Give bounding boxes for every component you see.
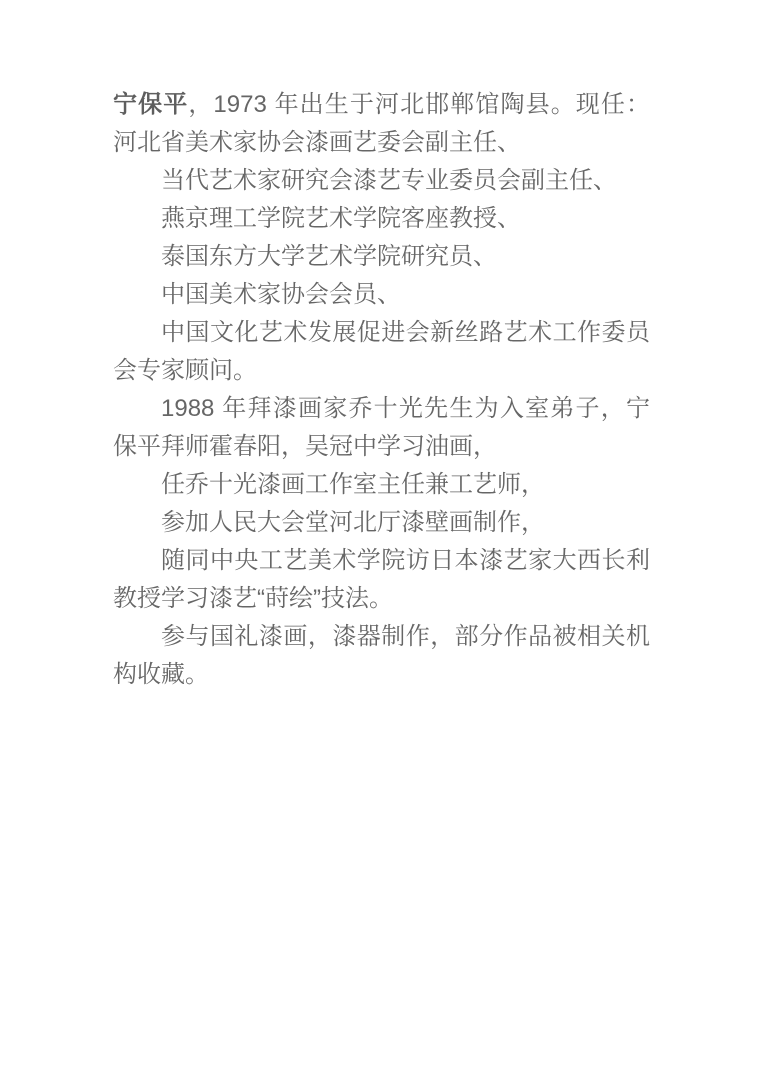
paragraph: 中国美术家协会会员、 bbox=[113, 276, 650, 314]
intro-text: ，1973 年出生于河北邯郸馆陶县。现任：河北省美术家协会漆画艺委会副主任、 bbox=[113, 91, 650, 156]
biography-text-block: 宁保平，1973 年出生于河北邯郸馆陶县。现任：河北省美术家协会漆画艺委会副主任… bbox=[113, 86, 650, 694]
paragraph: 中国文化艺术发展促进会新丝路艺术工作委员会专家顾问。 bbox=[113, 314, 650, 390]
paragraph: 泰国东方大学艺术学院研究员、 bbox=[113, 238, 650, 276]
author-name: 宁保平 bbox=[113, 91, 188, 118]
paragraph: 随同中央工艺美术学院访日本漆艺家大西长利教授学习漆艺“莳绘”技法。 bbox=[113, 542, 650, 618]
paragraph: 参与国礼漆画，漆器制作，部分作品被相关机构收藏。 bbox=[113, 618, 650, 694]
paragraph: 燕京理工学院艺术学院客座教授、 bbox=[113, 200, 650, 238]
paragraph: 参加人民大会堂河北厅漆壁画制作， bbox=[113, 504, 650, 542]
intro-paragraph: 宁保平，1973 年出生于河北邯郸馆陶县。现任：河北省美术家协会漆画艺委会副主任… bbox=[113, 86, 650, 162]
paragraph: 当代艺术家研究会漆艺专业委员会副主任、 bbox=[113, 162, 650, 200]
document-page: 宁保平，1973 年出生于河北邯郸馆陶县。现任：河北省美术家协会漆画艺委会副主任… bbox=[0, 0, 763, 1080]
paragraph: 任乔十光漆画工作室主任兼工艺师， bbox=[113, 466, 650, 504]
paragraph: 1988 年拜漆画家乔十光先生为入室弟子，宁保平拜师霍春阳，吴冠中学习油画， bbox=[113, 390, 650, 466]
